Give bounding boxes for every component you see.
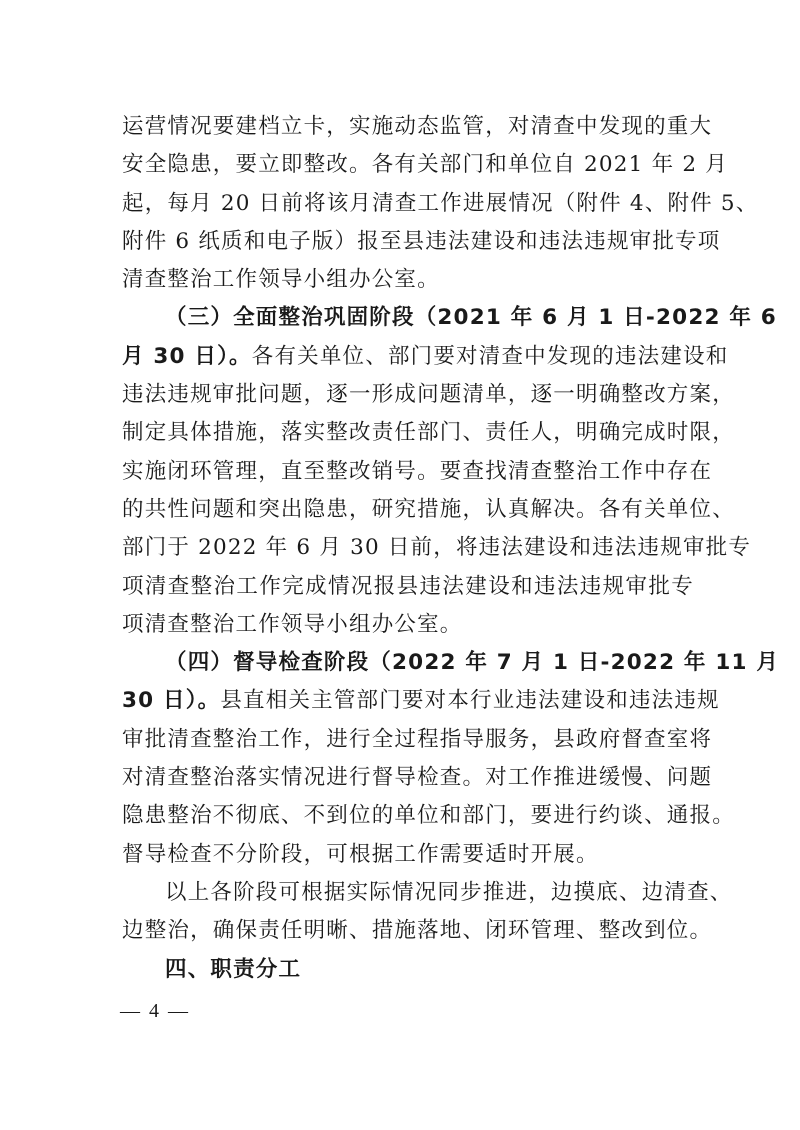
text-line: 月 30 日）。各有关单位、部门要对清查中发现的违法建设和 (122, 338, 694, 376)
text-line: 30 日）。县直相关主管部门要对本行业违法建设和违法违规 (122, 682, 694, 720)
subsection-heading-3-cont: 月 30 日）。 (122, 344, 252, 369)
text-line: 运营情况要建档立卡，实施动态监管，对清查中发现的重大 (122, 108, 694, 146)
text-line: 安全隐患，要立即整改。各有关部门和单位自 2021 年 2 月 (122, 146, 694, 184)
page-number: — 4 — (120, 1000, 190, 1023)
text-line: 以上各阶段可根据实际情况同步推进，边摸底、边清查、 (122, 874, 694, 912)
document-body: 运营情况要建档立卡，实施动态监管，对清查中发现的重大 安全隐患，要立即整改。各有… (122, 108, 694, 989)
text-line: 实施闭环管理，直至整改销号。要查找清查整治工作中存在 (122, 453, 694, 491)
text-line: 起，每月 20 日前将该月清查工作进展情况（附件 4、附件 5、 (122, 185, 694, 223)
text-line: 项清查整治工作完成情况报县违法建设和违法违规审批专 (122, 568, 694, 606)
text-line: 边整治，确保责任明晰、措施落地、闭环管理、整改到位。 (122, 912, 694, 950)
text-span: 各有关单位、部门要对清查中发现的违法建设和 (252, 344, 729, 369)
subsection-heading-4: （四）督导检查阶段（2022 年 7 月 1 日-2022 年 11 月 (122, 644, 694, 682)
subsection-heading-3: （三）全面整治巩固阶段（2021 年 6 月 1 日-2022 年 6 (122, 299, 694, 337)
text-line: 的共性问题和突出隐患，研究措施，认真解决。各有关单位、 (122, 491, 694, 529)
text-span: 县直相关主管部门要对本行业违法建设和违法违规 (220, 688, 719, 713)
text-line: 审批清查整治工作，进行全过程指导服务，县政府督查室将 (122, 721, 694, 759)
text-line: 对清查整治落实情况进行督导检查。对工作推进缓慢、问题 (122, 759, 694, 797)
text-line: 违法违规审批问题，逐一形成问题清单，逐一明确整改方案， (122, 376, 694, 414)
text-line: 制定具体措施，落实整改责任部门、责任人，明确完成时限， (122, 414, 694, 452)
text-line: 项清查整治工作领导小组办公室。 (122, 606, 694, 644)
text-line: 附件 6 纸质和电子版）报至县违法建设和违法违规审批专项 (122, 223, 694, 261)
subsection-heading-4-cont: 30 日）。 (122, 688, 220, 713)
text-line: 清查整治工作领导小组办公室。 (122, 261, 694, 299)
text-line: 部门于 2022 年 6 月 30 日前，将违法建设和违法违规审批专 (122, 529, 694, 567)
text-line: 隐患整治不彻底、不到位的单位和部门，要进行约谈、通报。 (122, 797, 694, 835)
text-line: 督导检查不分阶段，可根据工作需要适时开展。 (122, 836, 694, 874)
section-heading: 四、职责分工 (122, 951, 694, 989)
